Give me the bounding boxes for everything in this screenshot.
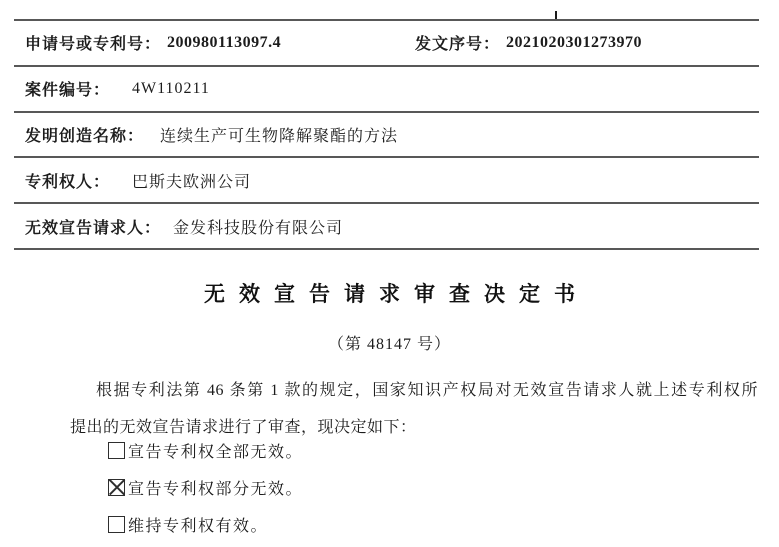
option-declare-all-invalid-label: 宣告专利权全部无效。: [128, 439, 303, 462]
application-number-field: 申请号或专利号： 200980113097.4: [25, 31, 281, 54]
document-title: 无效宣告请求审查决定书: [0, 278, 779, 308]
checkbox-unchecked-icon: [108, 516, 125, 533]
table-row-invention-title: 发明创造名称： 连续生产可生物降解聚酯的方法: [14, 111, 759, 157]
patentee-label: 专利权人：: [25, 169, 110, 192]
application-or-patent-number-label: 申请号或专利号：: [25, 31, 161, 54]
option-maintain-valid: 维持专利权有效。: [108, 514, 303, 534]
table-row-patentee: 专利权人： 巴斯夫欧洲公司: [14, 156, 759, 202]
option-maintain-valid-label: 维持专利权有效。: [128, 513, 268, 536]
invalidation-petitioner-value: 金发科技股份有限公司: [173, 215, 343, 238]
registration-tick-mark: [555, 11, 557, 19]
invalidation-petitioner-label: 无效宣告请求人：: [25, 215, 161, 238]
application-or-patent-number-value: 200980113097.4: [167, 34, 281, 52]
option-declare-partially-invalid: 宣告专利权部分无效。: [108, 477, 303, 497]
decision-number: （第 48147 号）: [0, 331, 779, 354]
table-row-invalidation-petitioner: 无效宣告请求人： 金发科技股份有限公司: [14, 202, 759, 248]
table-row-application-number: 申请号或专利号： 200980113097.4 发文序号： 2021020301…: [14, 19, 759, 65]
case-number-label: 案件编号：: [25, 77, 110, 100]
invention-title-value: 连续生产可生物降解聚酯的方法: [160, 123, 398, 146]
invention-title-label: 发明创造名称：: [25, 123, 144, 146]
case-number-value: 4W110211: [132, 80, 210, 98]
table-row-case-number: 案件编号： 4W110211: [14, 65, 759, 111]
checkbox-checked-icon: [108, 479, 125, 496]
patentee-value: 巴斯夫欧洲公司: [132, 169, 251, 192]
decision-options-list: 宣告专利权全部无效。 宣告专利权部分无效。 维持专利权有效。: [108, 440, 303, 547]
issue-serial-number-field: 发文序号： 2021020301273970: [415, 21, 642, 65]
issue-serial-number-value: 2021020301273970: [506, 34, 642, 52]
patent-decision-document: 申请号或专利号： 200980113097.4 发文序号： 2021020301…: [0, 0, 779, 547]
option-declare-partially-invalid-label: 宣告专利权部分无效。: [128, 476, 303, 499]
option-declare-all-invalid: 宣告专利权全部无效。: [108, 440, 303, 460]
checkbox-unchecked-icon: [108, 442, 125, 459]
decision-intro-line-1: 根据专利法第 46 条第 1 款的规定，国家知识产权局对无效宣告请求人就上述专利…: [70, 372, 758, 409]
decision-intro-paragraph: 根据专利法第 46 条第 1 款的规定，国家知识产权局对无效宣告请求人就上述专利…: [70, 372, 758, 446]
header-info-table: 申请号或专利号： 200980113097.4 发文序号： 2021020301…: [14, 19, 759, 250]
issue-serial-number-label: 发文序号：: [415, 31, 500, 54]
